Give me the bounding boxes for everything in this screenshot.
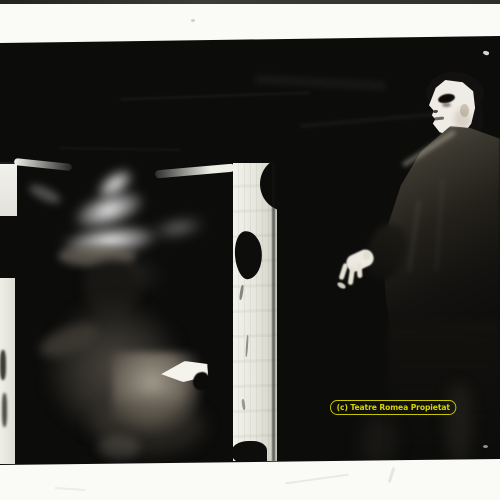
scratch-mark (255, 75, 385, 91)
scratch-mark (300, 111, 450, 127)
blurred-figure-wisp (27, 181, 63, 206)
blurred-figure-trail (138, 210, 217, 247)
actor-leg-shadow (446, 385, 472, 463)
door-lintel-left (14, 158, 72, 171)
photo-scan: (c) Teatre Romea Propietat (0, 0, 500, 500)
door-post-mark (0, 350, 6, 380)
actor-finger (348, 266, 356, 286)
paper-scratch (285, 474, 349, 485)
scratch-mark (60, 147, 180, 151)
door-frame-left-post (0, 278, 15, 464)
actor-finger (338, 263, 348, 281)
copyright-watermark: (c) Teatre Romea Propietat (330, 400, 457, 415)
door-edge-line (272, 163, 275, 461)
actor-leg-shadow (360, 415, 396, 467)
door-bottom-shadow (233, 441, 267, 461)
floor-smudge (98, 435, 140, 459)
door-wood-texture (233, 163, 277, 461)
actor-thumb (363, 251, 370, 260)
scratch-mark (120, 92, 310, 101)
paper-scratch (55, 487, 85, 491)
paper-dark-spot (193, 372, 209, 390)
paper-speck (191, 19, 195, 22)
door-frame-left-top (0, 162, 17, 216)
actor-mouth (434, 116, 444, 120)
door-lintel-right (155, 164, 235, 179)
dust-speck (482, 50, 489, 56)
actor-nostril (433, 110, 438, 114)
actor-lower-body (388, 320, 500, 465)
photograph: (c) Teatre Romea Propietat (0, 0, 500, 500)
door-edge-right (233, 163, 277, 461)
scan-top-edge-strip (0, 0, 500, 4)
paper-scratch (388, 467, 396, 483)
hand-fleck (336, 281, 346, 290)
actor-eye-shadow (442, 103, 451, 107)
actor-finger (356, 263, 362, 278)
door-post-mark (2, 393, 7, 427)
